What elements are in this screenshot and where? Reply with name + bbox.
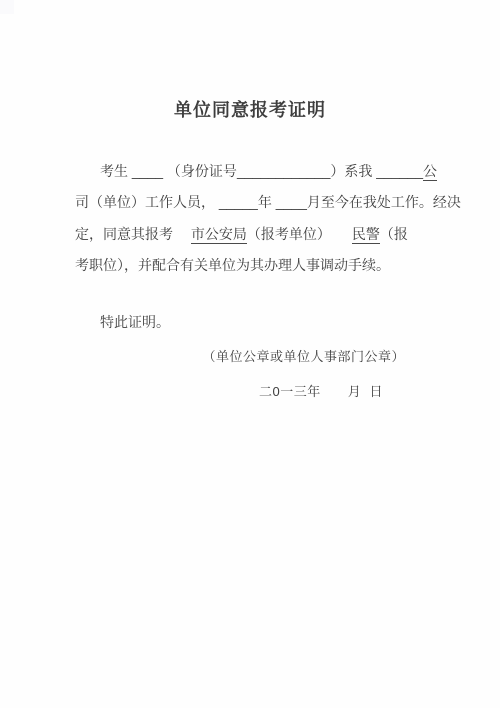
paragraph-line: 考职位），并配合有关单位为其办理人事调动手续。 [75, 250, 431, 281]
text-segment: ______ [376, 163, 423, 179]
document-title: 单位同意报考证明 [0, 99, 500, 121]
text-segment: _____ [219, 194, 258, 210]
text-segment: ____ [132, 163, 163, 179]
text-segment: 考生 [100, 163, 132, 179]
paragraph-line: 司（单位）工作人员， _____年 ____月至今在我处工作。经决 [75, 187, 431, 218]
stamp-note: （单位公章或单位人事部门公章） [202, 348, 405, 365]
text-segment: 司（单位）工作人员， [75, 194, 219, 210]
paragraph-line: 定，同意其报考 市公安局（报考单位） 民警（报 [75, 219, 431, 250]
text-segment: ____________ [237, 163, 330, 179]
text-segment: 年 [258, 194, 276, 210]
underlined-text: 民警 [352, 226, 380, 244]
text-segment: （身份证号 [163, 163, 237, 179]
date-line: 二0一三年 月 日 [259, 383, 383, 400]
underlined-text: 市公安局 [191, 226, 247, 244]
certificate-document: 单位同意报考证明 考生 ____ （身份证号____________）系我 __… [0, 0, 500, 708]
text-segment: （报 [380, 226, 408, 242]
text-segment: 定，同意其报考 [75, 226, 191, 242]
text-segment: 考职位），并配合有关单位为其办理人事调动手续。 [75, 257, 390, 273]
paragraph-line: 考生 ____ （身份证号____________）系我 ______公 [75, 156, 431, 187]
text-segment: 月至今在我处工作。经决 [307, 194, 461, 210]
text-segment: ）系我 [330, 163, 376, 179]
scan-artifact [0, 0, 14, 14]
body-paragraph: 考生 ____ （身份证号____________）系我 ______公司（单位… [75, 156, 431, 282]
text-segment: （报考单位） [247, 226, 352, 242]
text-segment: ____ [276, 194, 307, 210]
closing-statement: 特此证明。 [100, 313, 170, 331]
underlined-text: 公 [423, 163, 437, 181]
